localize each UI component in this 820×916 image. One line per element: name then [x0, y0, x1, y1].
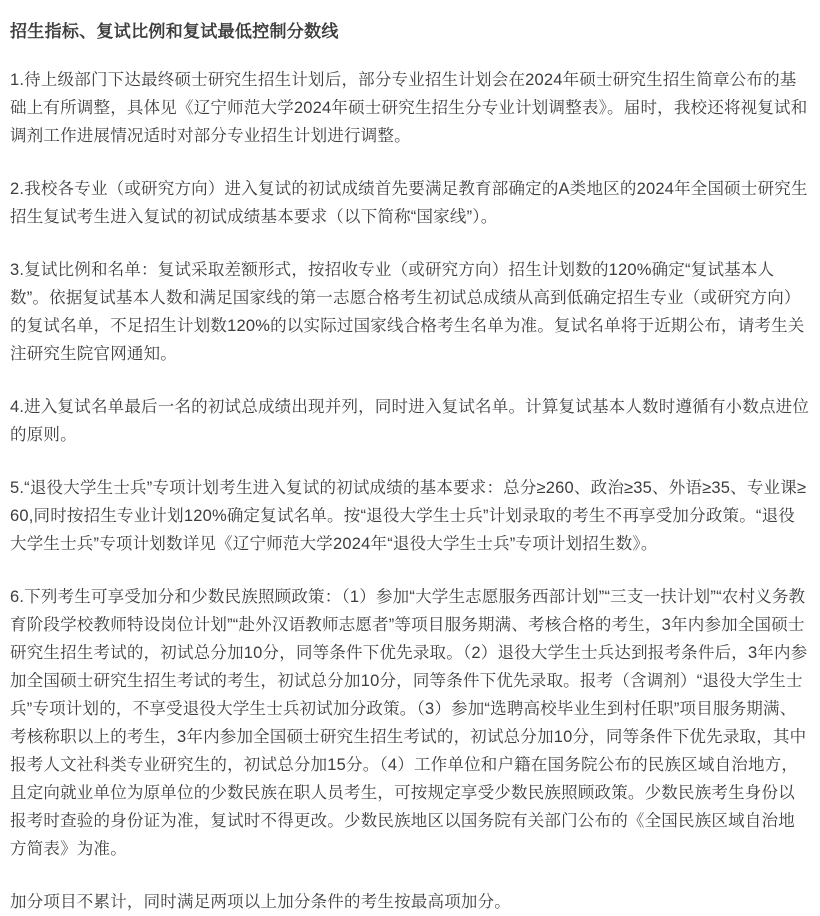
paragraph-bonus-policy: 6.下列考生可享受加分和少数民族照顾政策：（1）参加“大学生志愿服务西部计划”“… [10, 583, 810, 863]
paragraph-bonus-no-stacking: 加分项目不累计，同时满足两项以上加分条件的考生按最高项加分。 [10, 888, 810, 916]
page-title: 招生指标、复试比例和复试最低控制分数线 [10, 18, 810, 46]
paragraph-reexam-ratio-list: 3.复试比例和名单：复试采取差额形式，按招收专业（或研究方向）招生计划数的120… [10, 256, 810, 368]
paragraph-tie-rule: 4.进入复试名单最后一名的初试总成绩出现并列，同时进入复试名单。计算复试基本人数… [10, 393, 810, 449]
document-body: 招生指标、复试比例和复试最低控制分数线 1.待上级部门下达最终硕士研究生招生计划… [0, 0, 820, 916]
paragraph-veteran-plan: 5.“退役大学生士兵”专项计划考生进入复试的初试成绩的基本要求：总分≥260、政… [10, 474, 810, 558]
paragraph-national-line: 2.我校各专业（或研究方向）进入复试的初试成绩首先要满足教育部确定的A类地区的2… [10, 175, 810, 231]
paragraph-admission-plan: 1.待上级部门下达最终硕士研究生招生计划后，部分专业招生计划会在2024年硕士研… [10, 66, 810, 150]
